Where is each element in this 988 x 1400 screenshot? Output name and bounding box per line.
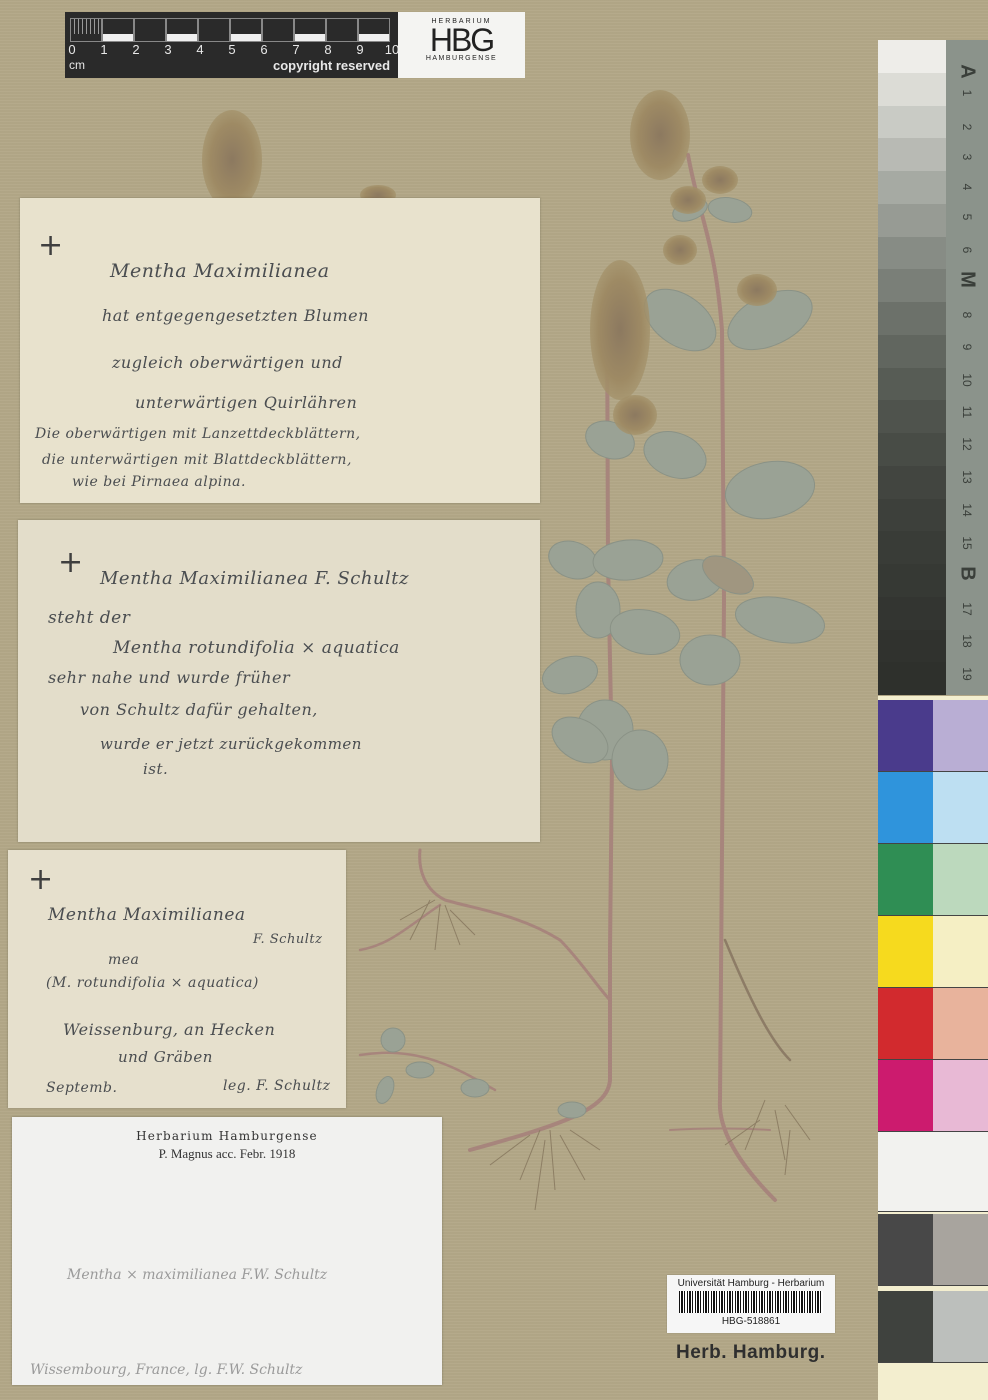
label-line: (M. rotundifolia × aquatica) [46,975,259,991]
gray-label: 19 [960,653,974,695]
scale-unit: cm [69,58,85,72]
label-line: ist. [143,760,168,778]
gray-swatch [878,204,946,237]
gray-swatch [878,466,946,499]
gray-swatch [878,499,946,532]
label-line: von Schultz dafür gehalten, [80,700,318,719]
color-swatch-light [933,1132,988,1212]
color-swatch-light [933,916,988,988]
color-calibration-chart [878,696,988,1400]
color-swatch-light [933,988,988,1060]
herbarium-stamp: Herb. Hamburg. [676,1342,826,1364]
gray-swatch [878,335,946,368]
color-swatch-dark [878,844,933,916]
gray-swatch [878,73,946,106]
barcode-label: Universität Hamburg - Herbarium HBG-5188… [667,1275,835,1333]
label-line: steht der [48,608,130,628]
locality-pencil: Wissembourg, France, lg. F.W. Schultz [30,1362,302,1378]
tick-label: 0 [68,42,75,57]
color-swatch-light [933,844,988,916]
gray-swatch [878,564,946,597]
handwritten-label-1: + Mentha Maximilianea hat entgegengesetz… [20,198,540,503]
logo-mark: HBG [398,25,525,55]
label-line: Weissenburg, an Hecken [63,1020,275,1039]
ruler-segments [70,18,390,42]
herbarium-printed-label: Herbarium Hamburgense P. Magnus acc. Feb… [12,1117,442,1385]
gray-swatch [878,40,946,73]
gray-swatch [878,531,946,564]
gray-swatch [878,269,946,302]
tick-label: 7 [292,42,299,57]
color-swatch-light [933,1060,988,1132]
gray-swatch [878,433,946,466]
gray-swatch [878,138,946,171]
tick-label: 4 [196,42,203,57]
label-line: mea [108,952,139,968]
color-swatch-light [933,1214,988,1286]
label-line: die unterwärtigen mit Blattdeckblättern, [42,452,352,468]
ruler-ticks: 0 1 2 3 4 5 6 7 8 9 10 [65,42,405,58]
annotation-mark: + [58,545,83,580]
annotation-mark: + [38,228,63,263]
barcode-institution: Universität Hamburg - Herbarium [667,1278,835,1289]
label-line: wie bei Pirnaea alpina. [72,474,246,490]
label-line: Mentha Maximilianea [48,905,246,925]
color-swatch-light [933,700,988,772]
label-line: leg. F. Schultz [223,1078,331,1094]
tick-label: 8 [324,42,331,57]
color-swatch-dark [878,700,933,772]
gray-swatch [878,400,946,433]
gray-swatch [878,597,946,630]
gray-swatch [878,630,946,663]
label-title: Herbarium Hamburgense [12,1129,442,1143]
label-line: Septemb. [46,1080,117,1096]
label-line: F. Schultz [253,932,322,947]
gray-scale-chart: A 1 2 3 4 5 6 M 8 9 10 11 12 13 14 15 B … [878,40,988,695]
label-line: hat entgegengesetzten Blumen [102,306,369,325]
tick-label: 2 [132,42,139,57]
color-swatch-dark [878,1132,933,1212]
color-swatch-dark [878,988,933,1060]
barcode-bars [679,1291,823,1313]
gray-swatch [878,662,946,695]
label-line: unterwärtigen Quirlähren [135,393,357,412]
color-swatch-dark [878,1060,933,1132]
label-line: Die oberwärtigen mit Lanzettdeckblättern… [35,426,361,442]
taxon-name-pencil: Mentha × maximilianea F.W. Schultz [67,1267,327,1283]
label-line: und Gräben [118,1048,213,1066]
gray-scale-labels: A 1 2 3 4 5 6 M 8 9 10 11 12 13 14 15 B … [946,40,988,695]
label-line: wurde er jetzt zurückgekommen [100,735,362,753]
handwritten-label-3: + Mentha Maximilianea F. Schultz mea (M.… [8,850,346,1108]
color-swatch-dark [878,1291,933,1363]
color-swatch-dark [878,772,933,844]
label-line: Mentha rotundifolia × aquatica [113,638,400,658]
logo-bottom-text: HAMBURGENSE [398,55,525,62]
gray-swatch [878,171,946,204]
herbarium-sheet: 0 1 2 3 4 5 6 7 8 9 10 cm copyright rese… [0,0,988,1400]
barcode-id: HBG-518861 [667,1316,835,1327]
tick-label: 9 [356,42,363,57]
label-line: sehr nahe und wurde früher [48,668,290,687]
label-line: Mentha Maximilianea [110,260,330,282]
gray-swatch [878,106,946,139]
annotation-mark: + [28,862,53,897]
color-swatch-dark [878,916,933,988]
copyright-notice: copyright reserved [273,58,390,73]
tick-label: 1 [100,42,107,57]
gray-swatch [878,368,946,401]
gray-swatch [878,302,946,335]
tick-label: 5 [228,42,235,57]
tick-label: 6 [260,42,267,57]
tick-label: 3 [164,42,171,57]
color-swatch-dark [878,1214,933,1286]
label-line: zugleich oberwärtigen und [112,353,343,372]
handwritten-label-2: + Mentha Maximilianea F. Schultz steht d… [18,520,540,842]
color-swatch-light [933,772,988,844]
scale-bar: 0 1 2 3 4 5 6 7 8 9 10 cm copyright rese… [65,12,525,78]
hbg-logo: HERBARIUM HBG HAMBURGENSE [398,12,525,78]
gray-swatch [878,237,946,270]
color-swatch-light [933,1291,988,1363]
label-line: Mentha Maximilianea F. Schultz [100,568,409,589]
label-subtitle: P. Magnus acc. Febr. 1918 [12,1146,442,1162]
